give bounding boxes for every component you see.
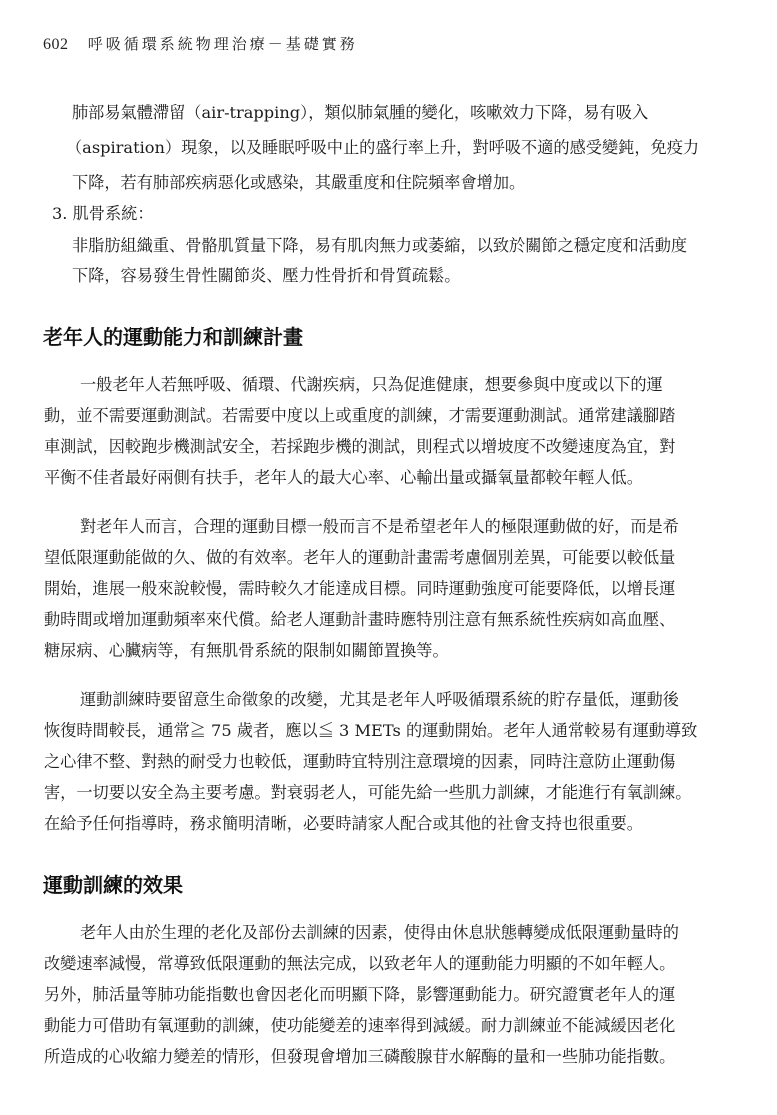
book-title: 呼吸循環系統物理治療－基礎實務	[88, 35, 358, 53]
paragraph-line: 之心律不整、對熱的耐受力也較低，運動時宜特別注意環境的因素，同時注意防止運動傷	[44, 752, 675, 772]
paragraph-line: 在給予任何指導時，務求簡明清晰，必要時請家人配合或其他的社會支持也很重要。	[44, 814, 643, 834]
section-heading: 運動訓練的效果	[43, 872, 183, 898]
paragraph-line: 改變速率減慢，常導致低限運動的無法完成，以致老年人的運動能力明顯的不如年輕人。	[44, 954, 675, 974]
paragraph-line: 望低限運動能做的久、做的有效率。老年人的運動計畫需考慮個別差異，可能要以較低量	[44, 548, 675, 568]
paragraph-line: 動，並不需要運動測試。若需要中度以上或重度的訓練，才需要運動測試。通常建議腳踏	[44, 406, 675, 426]
list-item-3-label: 3. 肌骨系統：	[52, 204, 154, 224]
paragraph-line: 對老年人而言，合理的運動目標一般而言不是希望老年人的極限運動做的好，而是希	[80, 517, 679, 537]
paragraph-line: 另外，肺活量等肺功能指數也會因老化而明顯下降，影響運動能力。研究證實老年人的運	[44, 985, 675, 1005]
section-heading: 老年人的運動能力和訓練計畫	[43, 324, 303, 350]
paragraph-line: 車測試，因較跑步機測試安全，若採跑步機的測試，則程式以增坡度不改變速度為宜，對	[44, 437, 675, 457]
paragraph-line: 老年人由於生理的老化及部份去訓練的因素，使得由休息狀態轉變成低限運動量時的	[80, 923, 679, 943]
book-page: 602 呼吸循環系統物理治療－基礎實務 肺部易氣體滯留（air-trapping…	[0, 0, 777, 1115]
list-item-3-line-2: 下降，容易發生骨性關節炎、壓力性骨折和骨質疏鬆。	[72, 266, 461, 286]
paragraph-line: 恢復時間較長，通常≧ 75 歲者，應以≦ 3 METs 的運動開始。老年人通常較…	[44, 721, 697, 741]
page-number: 602	[43, 36, 69, 53]
intro-line-3: 下降，若有肺部疾病惡化或感染，其嚴重度和住院頻率會增加。	[72, 173, 525, 193]
paragraph-line: 所造成的心收縮力變差的情形，但發現會增加三磷酸腺苷水解酶的量和一些肺功能指數。	[44, 1047, 675, 1067]
paragraph-line: 害，一切要以安全為主要考慮。對衰弱老人，可能先給一些肌力訓練，才能進行有氧訓練。	[44, 783, 692, 803]
paragraph-line: 運動訓練時要留意生命徵象的改變，尤其是老年人呼吸循環系統的貯存量低，運動後	[80, 690, 679, 710]
paragraph-line: 動時間或增加運動頻率來代償。給老人運動計畫時應特別注意有無系統性疾病如高血壓、	[44, 610, 675, 630]
scan-speck	[538, 1055, 540, 1057]
paragraph-line: 動能力可借助有氧運動的訓練，使功能變差的速率得到減緩。耐力訓練並不能減緩因老化	[44, 1016, 675, 1036]
running-header: 602 呼吸循環系統物理治療－基礎實務	[43, 33, 358, 54]
list-item-3-line-1: 非脂肪組織重、骨骼肌質量下降，易有肌肉無力或萎縮，以致於關節之穩定度和活動度	[72, 236, 687, 256]
paragraph-line: 開始，進展一般來說較慢，需時較久才能達成目標。同時運動強度可能要降低，以增長運	[44, 579, 675, 599]
paragraph-line: 糖尿病、心臟病等，有無肌骨系統的限制如關節置換等。	[44, 641, 449, 661]
paragraph-line: 一般老年人若無呼吸、循環、代謝疾病，只為促進健康，想要參與中度或以下的運	[80, 375, 663, 395]
intro-line-2: （aspiration）現象，以及睡眠呼吸中止的盛行率上升，對呼吸不適的感受變鈍…	[66, 138, 699, 158]
paragraph-line: 平衡不佳者最好兩側有扶手，老年人的最大心率、心輸出量或攝氧量都較年輕人低。	[44, 468, 643, 488]
intro-line-1: 肺部易氣體滯留（air-trapping），類似肺氣腫的變化，咳嗽效力下降，易有…	[72, 103, 754, 123]
